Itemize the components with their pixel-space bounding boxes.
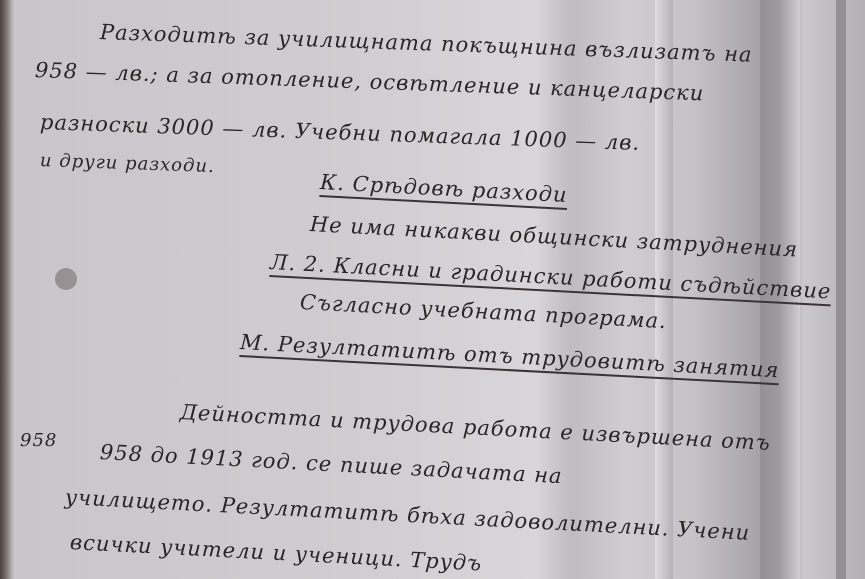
text-line: 958 — лв.; а за отопление, освѣтление и …: [35, 58, 705, 105]
section-heading: М. Резултатитѣ отъ трудовитѣ занятия: [239, 330, 780, 385]
paper-fold: [836, 0, 846, 579]
text-line: Съгласно учебната програма.: [299, 290, 667, 333]
margin-note: 958: [20, 430, 57, 451]
section-heading: К. Срѣдовѣ разходи: [319, 170, 568, 210]
text-line: Не има никакви общински затруднения: [309, 212, 798, 262]
text-line: Дейността и трудова работа е извършена о…: [179, 400, 771, 455]
text-line: и други разходи.: [40, 150, 216, 177]
text-line: всички учители и ученици. Трудъ: [69, 530, 482, 576]
text-line: разноски 3000 — лв. Учебни помагала 1000…: [40, 110, 641, 155]
ink-stain: [55, 268, 77, 290]
document-photo: Разходитѣ за училищната покъщнина възлиз…: [0, 0, 865, 579]
text-line: 958 до 1913 год. се пише задачата на: [99, 440, 563, 488]
